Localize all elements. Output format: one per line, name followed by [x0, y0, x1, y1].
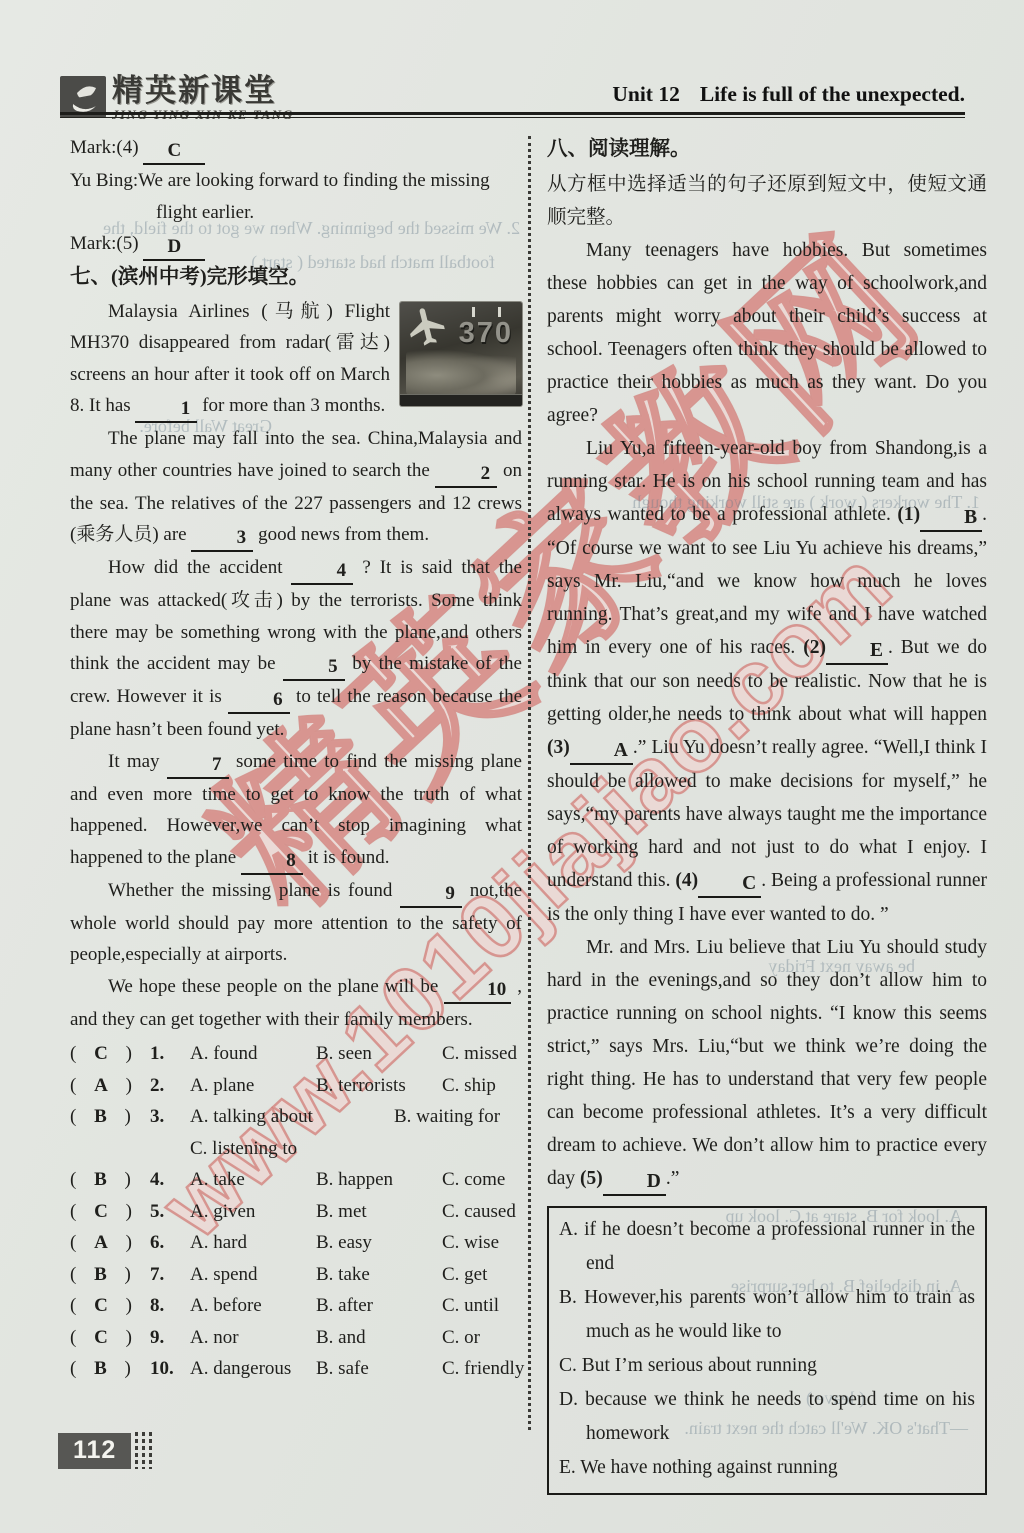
- answer-blank: 9: [400, 882, 462, 908]
- question-number: 2.: [150, 1070, 190, 1102]
- mark-answer-line-5: Mark:(5) D: [70, 228, 522, 261]
- right-column: 八、阅读理解。 从方框中选择适当的句子还原到短文中，使短文通顺完整。 Many …: [547, 132, 987, 1495]
- answer-blank: 8: [241, 849, 303, 875]
- option-text: B. take: [316, 1259, 442, 1291]
- answer-blank: A: [570, 739, 633, 765]
- option-text: C. friendly: [442, 1353, 524, 1385]
- column-divider: [528, 136, 531, 1430]
- option-text: C. or: [442, 1322, 522, 1354]
- page-badge-dashes: [142, 1432, 145, 1469]
- sentence-options-box: A. if he doesn’t become a professional r…: [547, 1206, 987, 1495]
- answer-blank: B: [920, 506, 982, 532]
- option-text: C. wise: [442, 1227, 522, 1259]
- sentence-option: A. if he doesn’t become a professional r…: [559, 1213, 975, 1281]
- chosen-answer: ( B ): [70, 1164, 150, 1196]
- cloze-paragraph-3: How did the accident 4 ? It is said that…: [70, 552, 522, 746]
- page-number-badge: 112: [58, 1433, 131, 1469]
- answer-blank: 4: [291, 559, 353, 585]
- option-text: B. seen: [316, 1038, 442, 1070]
- option-text: C. come: [442, 1164, 522, 1196]
- answer-blank: 5: [283, 655, 345, 681]
- cloze-option-row: ( A )6.A. hardB. easyC. wise: [70, 1227, 522, 1259]
- section-title-cloze: 七、(滨州中考)完形填空。: [70, 262, 522, 294]
- photo-370-label: 370: [421, 318, 513, 350]
- option-text: C. until: [442, 1290, 522, 1322]
- answer-blank: D: [603, 1170, 666, 1196]
- option-text: A. spend: [190, 1259, 316, 1291]
- sentence-option: B. However,his parents won’t allow him t…: [559, 1281, 975, 1349]
- photo-map-land: [406, 350, 516, 396]
- option-text: C. missed: [442, 1038, 522, 1070]
- cloze-option-row: ( C )5.A. givenB. metC. caused: [70, 1196, 522, 1228]
- answer-blank: 3: [191, 526, 253, 552]
- answer-blank: D: [143, 235, 205, 261]
- answer-blank: 6: [228, 688, 290, 714]
- blank-number: (1): [897, 504, 920, 525]
- cloze-option-row: ( A )2.A. planeB. terroristsC. ship: [70, 1070, 522, 1102]
- option-text: B. and: [316, 1322, 442, 1354]
- question-number: 6.: [150, 1227, 190, 1259]
- unit-title: Life is full of the unexpected.: [700, 82, 965, 106]
- option-text: A. hard: [190, 1227, 316, 1259]
- cloze-paragraph-1: 370 Malaysia Airlines (马航) Flight MH370 …: [70, 296, 522, 424]
- question-number: 5.: [150, 1196, 190, 1228]
- reading-instruction: 从方框中选择适当的句子还原到短文中，使短文通顺完整。: [547, 168, 987, 234]
- answer-blank: 10: [444, 978, 511, 1004]
- section-title-reading: 八、阅读理解。: [547, 133, 987, 166]
- blank-number: (5): [580, 1168, 603, 1189]
- option-text: A. take: [190, 1164, 316, 1196]
- blank-number: (3): [547, 737, 570, 758]
- question-number: 10.: [150, 1353, 190, 1385]
- answer-blank: C: [143, 139, 205, 165]
- question-number: 4.: [150, 1164, 190, 1196]
- candle-decoration: [472, 307, 475, 317]
- cloze-paragraph-2: The plane may fall into the sea. China,M…: [70, 423, 522, 552]
- option-text: B. waiting for: [394, 1101, 522, 1133]
- chosen-answer: ( C ): [70, 1196, 150, 1228]
- question-number: 3.: [150, 1101, 190, 1133]
- option-text: B. happen: [316, 1164, 442, 1196]
- mark-answer-line-4: Mark:(4) C: [70, 132, 522, 165]
- option-text: B. met: [316, 1196, 442, 1228]
- question-number: 8.: [150, 1290, 190, 1322]
- cloze-paragraph-6: We hope these people on the plane will b…: [70, 971, 522, 1036]
- cloze-option-row: ( C )1.A. foundB. seenC. missed: [70, 1038, 522, 1070]
- option-text: C. ship: [442, 1070, 522, 1102]
- option-text: A. before: [190, 1290, 316, 1322]
- cloze-option-row: ( C )9.A. norB. andC. or: [70, 1322, 522, 1354]
- cloze-options-list: ( C )1.A. foundB. seenC. missed( A )2.A.…: [70, 1038, 522, 1385]
- cloze-paragraph-4: It may 7 some time to find the missing p…: [70, 746, 522, 875]
- reading-paragraph-2: Liu Yu,a fifteen-year-old boy from Shand…: [547, 432, 987, 931]
- chosen-answer: ( B ): [70, 1259, 150, 1291]
- option-text: B. after: [316, 1290, 442, 1322]
- cloze-option-row: ( B )4.A. takeB. happenC. come: [70, 1164, 522, 1196]
- cloze-paragraph-5: Whether the missing plane is found 9 not…: [70, 875, 522, 971]
- page-badge-dashes: [135, 1432, 138, 1469]
- option-text: A. talking about: [190, 1101, 394, 1133]
- answer-blank: 1: [135, 397, 197, 423]
- logo-chinese-name: 精英新课堂: [112, 76, 294, 106]
- question-number: 7.: [150, 1259, 190, 1291]
- blank-number: (2): [803, 637, 826, 658]
- chosen-answer: ( C ): [70, 1322, 150, 1354]
- option-text: B. terrorists: [316, 1070, 442, 1102]
- question-number: 1.: [150, 1038, 190, 1070]
- cloze-option-row: ( B )10.A. dangerousB. safeC. friendly: [70, 1353, 522, 1385]
- question-number: 9.: [150, 1322, 190, 1354]
- photo-base: [400, 394, 522, 406]
- speaker-label: Mark:(4): [70, 137, 139, 158]
- candle-decoration: [498, 307, 501, 317]
- option-text: C. caused: [442, 1196, 522, 1228]
- option-text: C. listening to: [190, 1133, 522, 1165]
- cloze-option-row: ( C )8.A. beforeB. afterC. until: [70, 1290, 522, 1322]
- unit-number: Unit 12: [612, 82, 680, 106]
- mh370-photo: 370: [400, 302, 522, 406]
- chosen-answer: ( A ): [70, 1227, 150, 1259]
- blank-number: (4): [675, 870, 698, 891]
- answer-blank: 2: [435, 462, 497, 488]
- option-text: C. get: [442, 1259, 522, 1291]
- chosen-answer: ( B ): [70, 1101, 150, 1133]
- option-text: A. found: [190, 1038, 316, 1070]
- workbook-page: 精英家教网 www.1010jiajiao.com 2. We missed t…: [0, 0, 1024, 1533]
- answer-blank: 7: [167, 753, 229, 779]
- cloze-option-row: ( B )7.A. spendB. takeC. get: [70, 1259, 522, 1291]
- option-text: A. dangerous: [190, 1353, 316, 1385]
- sentence-option: C. But I’m serious about running: [559, 1349, 975, 1383]
- reading-paragraph-1: Many teenagers have hobbies. But sometim…: [547, 234, 987, 432]
- option-text: B. easy: [316, 1227, 442, 1259]
- dialogue-line-continued: flight earlier.: [70, 197, 522, 229]
- option-text: A. plane: [190, 1070, 316, 1102]
- chosen-answer: ( A ): [70, 1070, 150, 1102]
- page-badge-dashes: [149, 1432, 152, 1469]
- answer-blank: C: [698, 872, 761, 898]
- answer-blank: E: [826, 639, 888, 665]
- sentence-option: D. because we think he needs to spend ti…: [559, 1383, 975, 1451]
- header-rule: [60, 112, 965, 118]
- option-text: A. nor: [190, 1322, 316, 1354]
- page-number-area: 112: [58, 1432, 152, 1469]
- reading-paragraph-3: Mr. and Mrs. Liu believe that Liu Yu sho…: [547, 931, 987, 1196]
- sentence-option: E. We have nothing against running: [559, 1451, 975, 1485]
- cloze-option-row: C. listening to: [70, 1133, 522, 1165]
- chosen-answer: ( B ): [70, 1353, 150, 1385]
- chosen-answer: ( C ): [70, 1038, 150, 1070]
- option-text: B. safe: [316, 1353, 442, 1385]
- chosen-answer: ( C ): [70, 1290, 150, 1322]
- option-text: A. given: [190, 1196, 316, 1228]
- left-column: Mark:(4) C Yu Bing:We are looking forwar…: [70, 132, 522, 1385]
- unit-header: Unit 12Life is full of the unexpected.: [540, 82, 965, 107]
- dialogue-line: Yu Bing:We are looking forward to findin…: [70, 165, 522, 197]
- cloze-option-row: ( B )3.A. talking aboutB. waiting for: [70, 1101, 522, 1133]
- speaker-label: Mark:(5): [70, 233, 139, 254]
